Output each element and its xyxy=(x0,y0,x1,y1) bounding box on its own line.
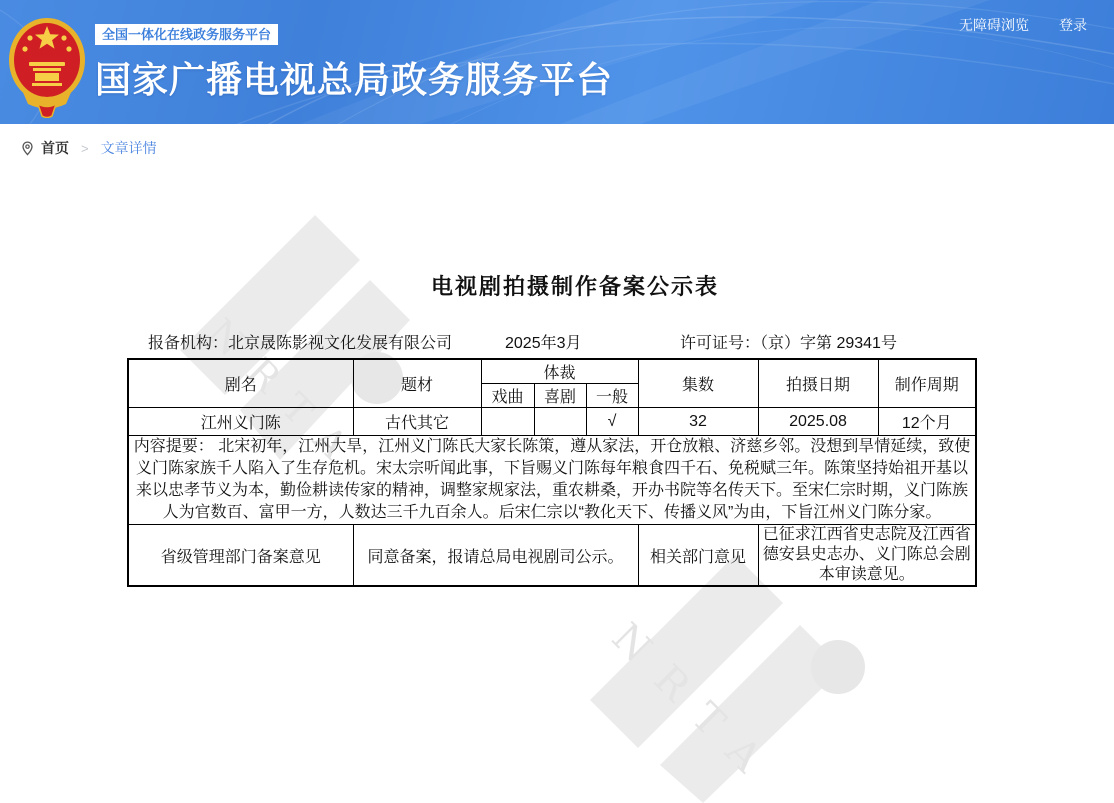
col-header-subject: 题材 xyxy=(353,359,481,408)
reporting-org-value: 北京晟陈影视文化发展有限公司 xyxy=(228,335,452,352)
col-header-genre-comedy: 喜剧 xyxy=(534,384,586,408)
license-value: （京）字第 29341号 xyxy=(760,335,897,352)
header-links: 无障碍浏览登录 xyxy=(959,15,1087,35)
provincial-opinion-label: 省级管理部门备案意见 xyxy=(128,525,353,587)
license-number: 许可证号：（京）字第 29341号 xyxy=(680,330,897,353)
reporting-org-label: 报备机构： xyxy=(148,335,228,352)
cell-subject: 古代其它 xyxy=(353,408,481,436)
breadcrumb-separator: > xyxy=(81,141,89,156)
national-emblem-logo xyxy=(8,16,86,118)
breadcrumb-home[interactable]: 首页 xyxy=(41,138,69,158)
col-header-genre-general: 一般 xyxy=(586,384,638,408)
col-header-episodes: 集数 xyxy=(638,359,758,408)
watermark-text: NRTA xyxy=(603,615,787,799)
breadcrumb-current[interactable]: 文章详情 xyxy=(101,138,157,158)
registration-table: 剧名 题材 体裁 集数 拍摄日期 制作周期 戏曲 喜剧 一般 江州义门陈 古代其… xyxy=(127,358,977,587)
table-data-row: 江州义门陈 古代其它 √ 32 2025.08 12个月 xyxy=(128,408,976,436)
col-header-shoot-date: 拍摄日期 xyxy=(758,359,878,408)
cell-episodes: 32 xyxy=(638,408,758,436)
cell-genre-opera xyxy=(481,408,534,436)
document-title: 电视剧拍摄制作备案公示表 xyxy=(151,270,999,301)
content-summary-label: 内容提要： xyxy=(134,438,214,455)
related-dept-opinion-value: 已征求江西省史志院及江西省德安县史志办、义门陈总会剧本审读意见。 xyxy=(758,525,976,587)
cell-production-period: 12个月 xyxy=(878,408,976,436)
login-link[interactable]: 登录 xyxy=(1059,17,1087,33)
page: 全国一体化在线政务服务平台 国家广播电视总局政务服务平台 无障碍浏览登录 首页 … xyxy=(0,0,1114,803)
platform-badge: 全国一体化在线政务服务平台 xyxy=(95,24,278,45)
document-info-row: 报备机构：北京晟陈影视文化发展有限公司 2025年3月 许可证号：（京）字第 2… xyxy=(127,326,975,354)
header-text-block: 全国一体化在线政务服务平台 国家广播电视总局政务服务平台 xyxy=(95,24,613,103)
provincial-opinion-value: 同意备案，报请总局电视剧司公示。 xyxy=(353,525,638,587)
col-header-genre-opera: 戏曲 xyxy=(481,384,534,408)
site-header: 全国一体化在线政务服务平台 国家广播电视总局政务服务平台 无障碍浏览登录 xyxy=(0,0,1114,124)
breadcrumb: 首页 > 文章详情 xyxy=(20,138,157,158)
col-header-production-period: 制作周期 xyxy=(878,359,976,408)
cell-genre-general-checkmark: √ xyxy=(586,408,638,436)
table-header-row-1: 剧名 题材 体裁 集数 拍摄日期 制作周期 xyxy=(128,359,976,384)
location-pin-icon xyxy=(20,141,35,156)
col-header-drama-name: 剧名 xyxy=(128,359,353,408)
content-summary-text: 北宋初年，江州大旱，江州义门陈氏大家长陈策，遵从家法，开仓放粮、济慈乡邻。没想到… xyxy=(136,438,970,521)
col-header-genre: 体裁 xyxy=(481,359,638,384)
table-opinion-row: 省级管理部门备案意见 同意备案，报请总局电视剧司公示。 相关部门意见 已征求江西… xyxy=(128,525,976,587)
cell-drama-name: 江州义门陈 xyxy=(128,408,353,436)
content-summary-cell: 内容提要： 北宋初年，江州大旱，江州义门陈氏大家长陈策，遵从家法，开仓放粮、济慈… xyxy=(128,436,976,525)
cell-shoot-date: 2025.08 xyxy=(758,408,878,436)
license-label: 许可证号： xyxy=(680,335,760,352)
reporting-org: 报备机构：北京晟陈影视文化发展有限公司 xyxy=(148,330,452,353)
report-period: 2025年3月 xyxy=(505,330,582,353)
related-dept-label: 相关部门意见 xyxy=(638,525,758,587)
table-summary-row: 内容提要： 北宋初年，江州大旱，江州义门陈氏大家长陈策，遵从家法，开仓放粮、济慈… xyxy=(128,436,976,525)
cell-genre-comedy xyxy=(534,408,586,436)
site-title: 国家广播电视总局政务服务平台 xyxy=(95,52,613,103)
accessibility-link[interactable]: 无障碍浏览 xyxy=(959,17,1029,33)
